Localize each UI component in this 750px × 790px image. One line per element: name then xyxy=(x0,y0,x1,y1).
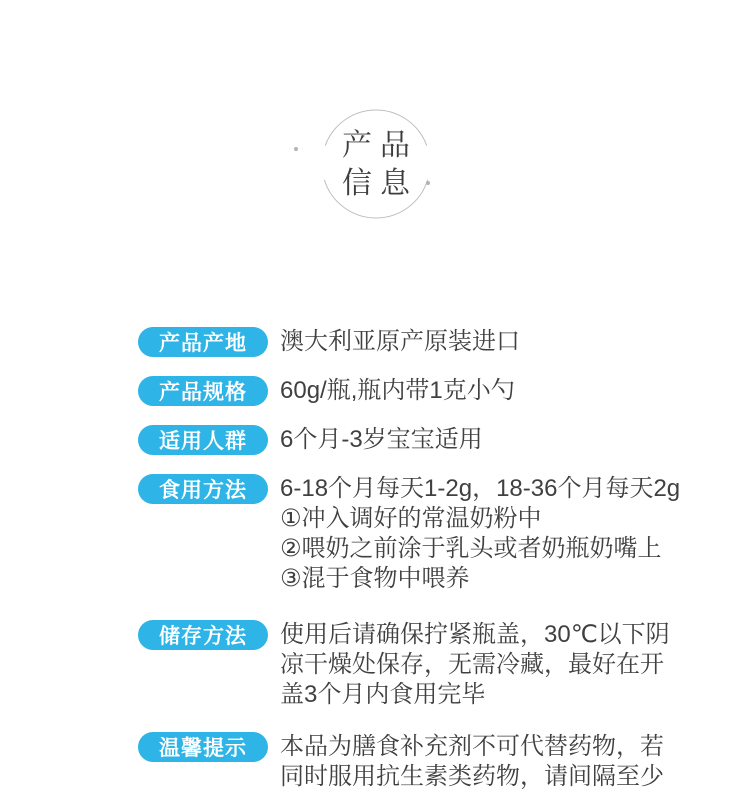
spec-label-badge-origin: 产品产地 xyxy=(138,327,268,357)
spec-value-line: ②喂奶之前涂于乳头或者奶瓶奶嘴上 xyxy=(280,534,680,564)
spec-row-audience: 适用人群 6个月-3岁宝宝适用 xyxy=(138,425,698,455)
product-spec-list: 产品产地 澳大利亚原产原装进口 产品规格 60g/瓶,瓶内带1克小勺 适用人群 … xyxy=(138,327,698,790)
spec-row-tips: 温馨提示 本品为膳食补充剂不可代替药物，若 同时服用抗生素类药物，请间隔至少 xyxy=(138,732,698,790)
spec-value-line: 盖3个月内食用完毕 xyxy=(280,680,670,710)
product-info-medallion: 产品 信息 xyxy=(280,95,472,240)
spec-value-line: ③混于食物中喂养 xyxy=(280,564,680,594)
spec-value-origin: 澳大利亚原产原装进口 xyxy=(280,327,520,357)
spec-value-usage: 6-18个月每天1-2g，18-36个月每天2g ①冲入调好的常温奶粉中 ②喂奶… xyxy=(280,474,680,594)
spec-label-badge-usage: 食用方法 xyxy=(138,474,268,504)
spec-label-badge-storage: 储存方法 xyxy=(138,620,268,650)
spec-value-line: ①冲入调好的常温奶粉中 xyxy=(280,504,680,534)
spec-value-audience: 6个月-3岁宝宝适用 xyxy=(280,425,483,455)
spec-value-line: 凉干燥处保存，无需冷藏，最好在开 xyxy=(280,650,670,680)
spec-value-line: 6个月-3岁宝宝适用 xyxy=(280,425,483,455)
spec-value-line: 6-18个月每天1-2g，18-36个月每天2g xyxy=(280,474,680,504)
spec-value-line: 60g/瓶,瓶内带1克小勺 xyxy=(280,376,515,406)
medallion-title-line-2: 信息 xyxy=(288,165,472,203)
spec-value-line: 本品为膳食补充剂不可代替药物，若 xyxy=(280,732,664,762)
medallion-title-line-1: 产品 xyxy=(288,127,472,165)
spec-value-tips: 本品为膳食补充剂不可代替药物，若 同时服用抗生素类药物，请间隔至少 xyxy=(280,732,664,790)
spec-value-line: 澳大利亚原产原装进口 xyxy=(280,327,520,357)
spec-label-badge-audience: 适用人群 xyxy=(138,425,268,455)
spec-value-line: 同时服用抗生素类药物，请间隔至少 xyxy=(280,762,664,790)
spec-label-badge-spec: 产品规格 xyxy=(138,376,268,406)
spec-value-spec: 60g/瓶,瓶内带1克小勺 xyxy=(280,376,515,406)
spec-value-line: 使用后请确保拧紧瓶盖，30℃以下阴 xyxy=(280,620,670,650)
spec-label-badge-tips: 温馨提示 xyxy=(138,732,268,762)
spec-row-origin: 产品产地 澳大利亚原产原装进口 xyxy=(138,327,698,357)
spec-row-spec: 产品规格 60g/瓶,瓶内带1克小勺 xyxy=(138,376,698,406)
spec-value-storage: 使用后请确保拧紧瓶盖，30℃以下阴 凉干燥处保存，无需冷藏，最好在开 盖3个月内… xyxy=(280,620,670,710)
medallion-title: 产品 信息 xyxy=(280,127,472,203)
spec-row-usage: 食用方法 6-18个月每天1-2g，18-36个月每天2g ①冲入调好的常温奶粉… xyxy=(138,474,698,594)
spec-row-storage: 储存方法 使用后请确保拧紧瓶盖，30℃以下阴 凉干燥处保存，无需冷藏，最好在开 … xyxy=(138,620,698,710)
